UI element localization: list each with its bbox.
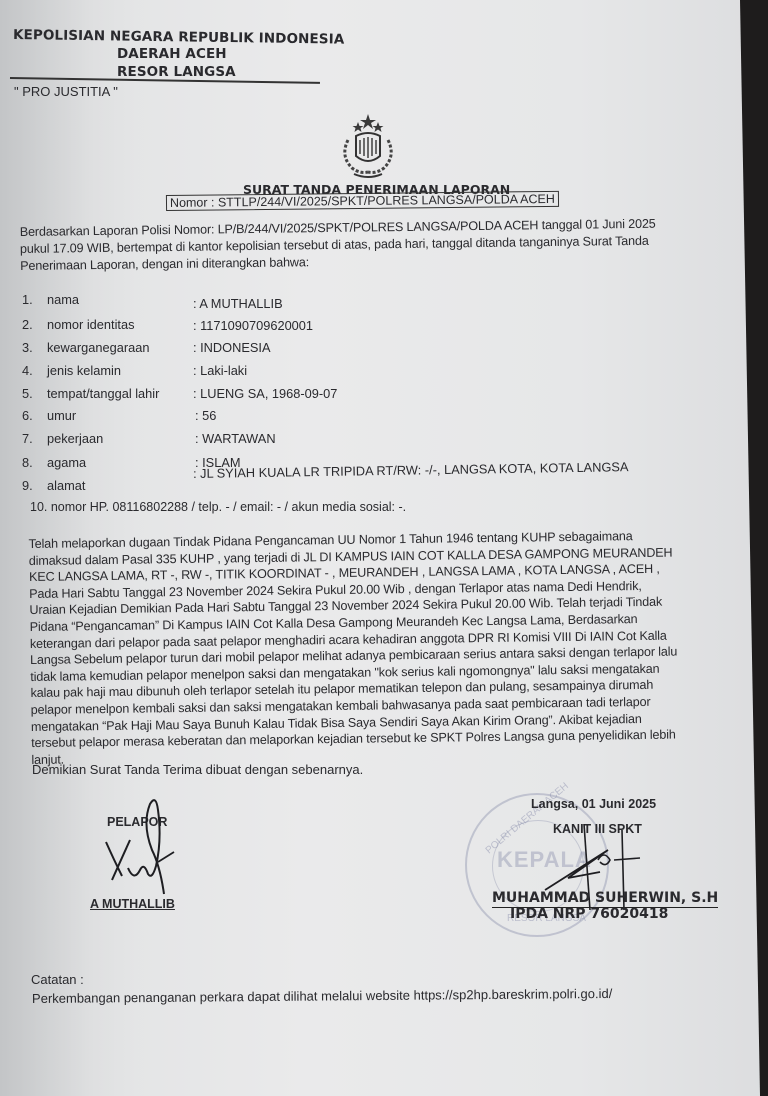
row-value: : INDONESIA (193, 340, 271, 355)
contact-row: 10. nomor HP. 08116802288 / telp. - / em… (30, 500, 406, 514)
row-value: : Laki-laki (193, 363, 247, 378)
row-number: 9. (22, 478, 33, 493)
row-number: 3. (22, 340, 33, 355)
note-label: Catatan : (31, 972, 84, 987)
row-value: : JL SYIAH KUALA LR TRIPIDA RT/RW: -/-, … (193, 459, 629, 481)
pro-justitia: " PRO JUSTITIA " (14, 84, 118, 99)
closing-statement: Demikian Surat Tanda Terima dibuat denga… (32, 762, 363, 777)
row-number: 5. (22, 386, 33, 401)
row-value: : WARTAWAN (195, 431, 276, 446)
row-label: alamat (47, 478, 85, 493)
document-number: Nomor : STTLP/244/VI/2025/SPKT/POLRES LA… (166, 191, 559, 211)
intro-paragraph: Berdasarkan Laporan Polisi Nomor: LP/B/2… (20, 216, 657, 275)
row-number: 1. (22, 292, 33, 307)
document-page: KEPOLISIAN NEGARA REPUBLIK INDONESIA DAE… (0, 0, 768, 1096)
row-number: 8. (22, 455, 33, 470)
row-value: : 56 (195, 408, 216, 423)
row-value: : A MUTHALLIB (193, 296, 283, 311)
row-number: 6. (22, 408, 33, 423)
row-label: pekerjaan (47, 431, 103, 446)
row-label: nomor identitas (47, 317, 135, 332)
place-date: Langsa, 01 Juni 2025 (531, 797, 656, 811)
row-label: nama (47, 292, 79, 307)
row-number: 4. (22, 363, 33, 378)
row-label: umur (47, 408, 76, 423)
report-body: Telah melaporkan dugaan Tindak Pidana Pe… (28, 528, 678, 769)
row-label: agama (47, 455, 86, 470)
police-emblem-icon (328, 112, 408, 182)
row-label: tempat/tanggal lahir (47, 386, 159, 401)
row-number: 7. (22, 431, 33, 446)
header-region: DAERAH ACEH (117, 46, 227, 62)
row-value: : 1171090709620001 (193, 318, 313, 333)
pelapor-name: A MUTHALLIB (90, 897, 175, 911)
pelapor-signature-icon (100, 790, 190, 900)
header-resort: RESOR LANGSA (117, 64, 236, 80)
officer-rank: IPDA NRP 76020418 (510, 906, 668, 922)
row-label: kewarganegaraan (47, 340, 149, 355)
row-number: 2. (22, 317, 33, 332)
row-value: : LUENG SA, 1968-09-07 (193, 386, 337, 401)
row-label: jenis kelamin (47, 363, 121, 378)
